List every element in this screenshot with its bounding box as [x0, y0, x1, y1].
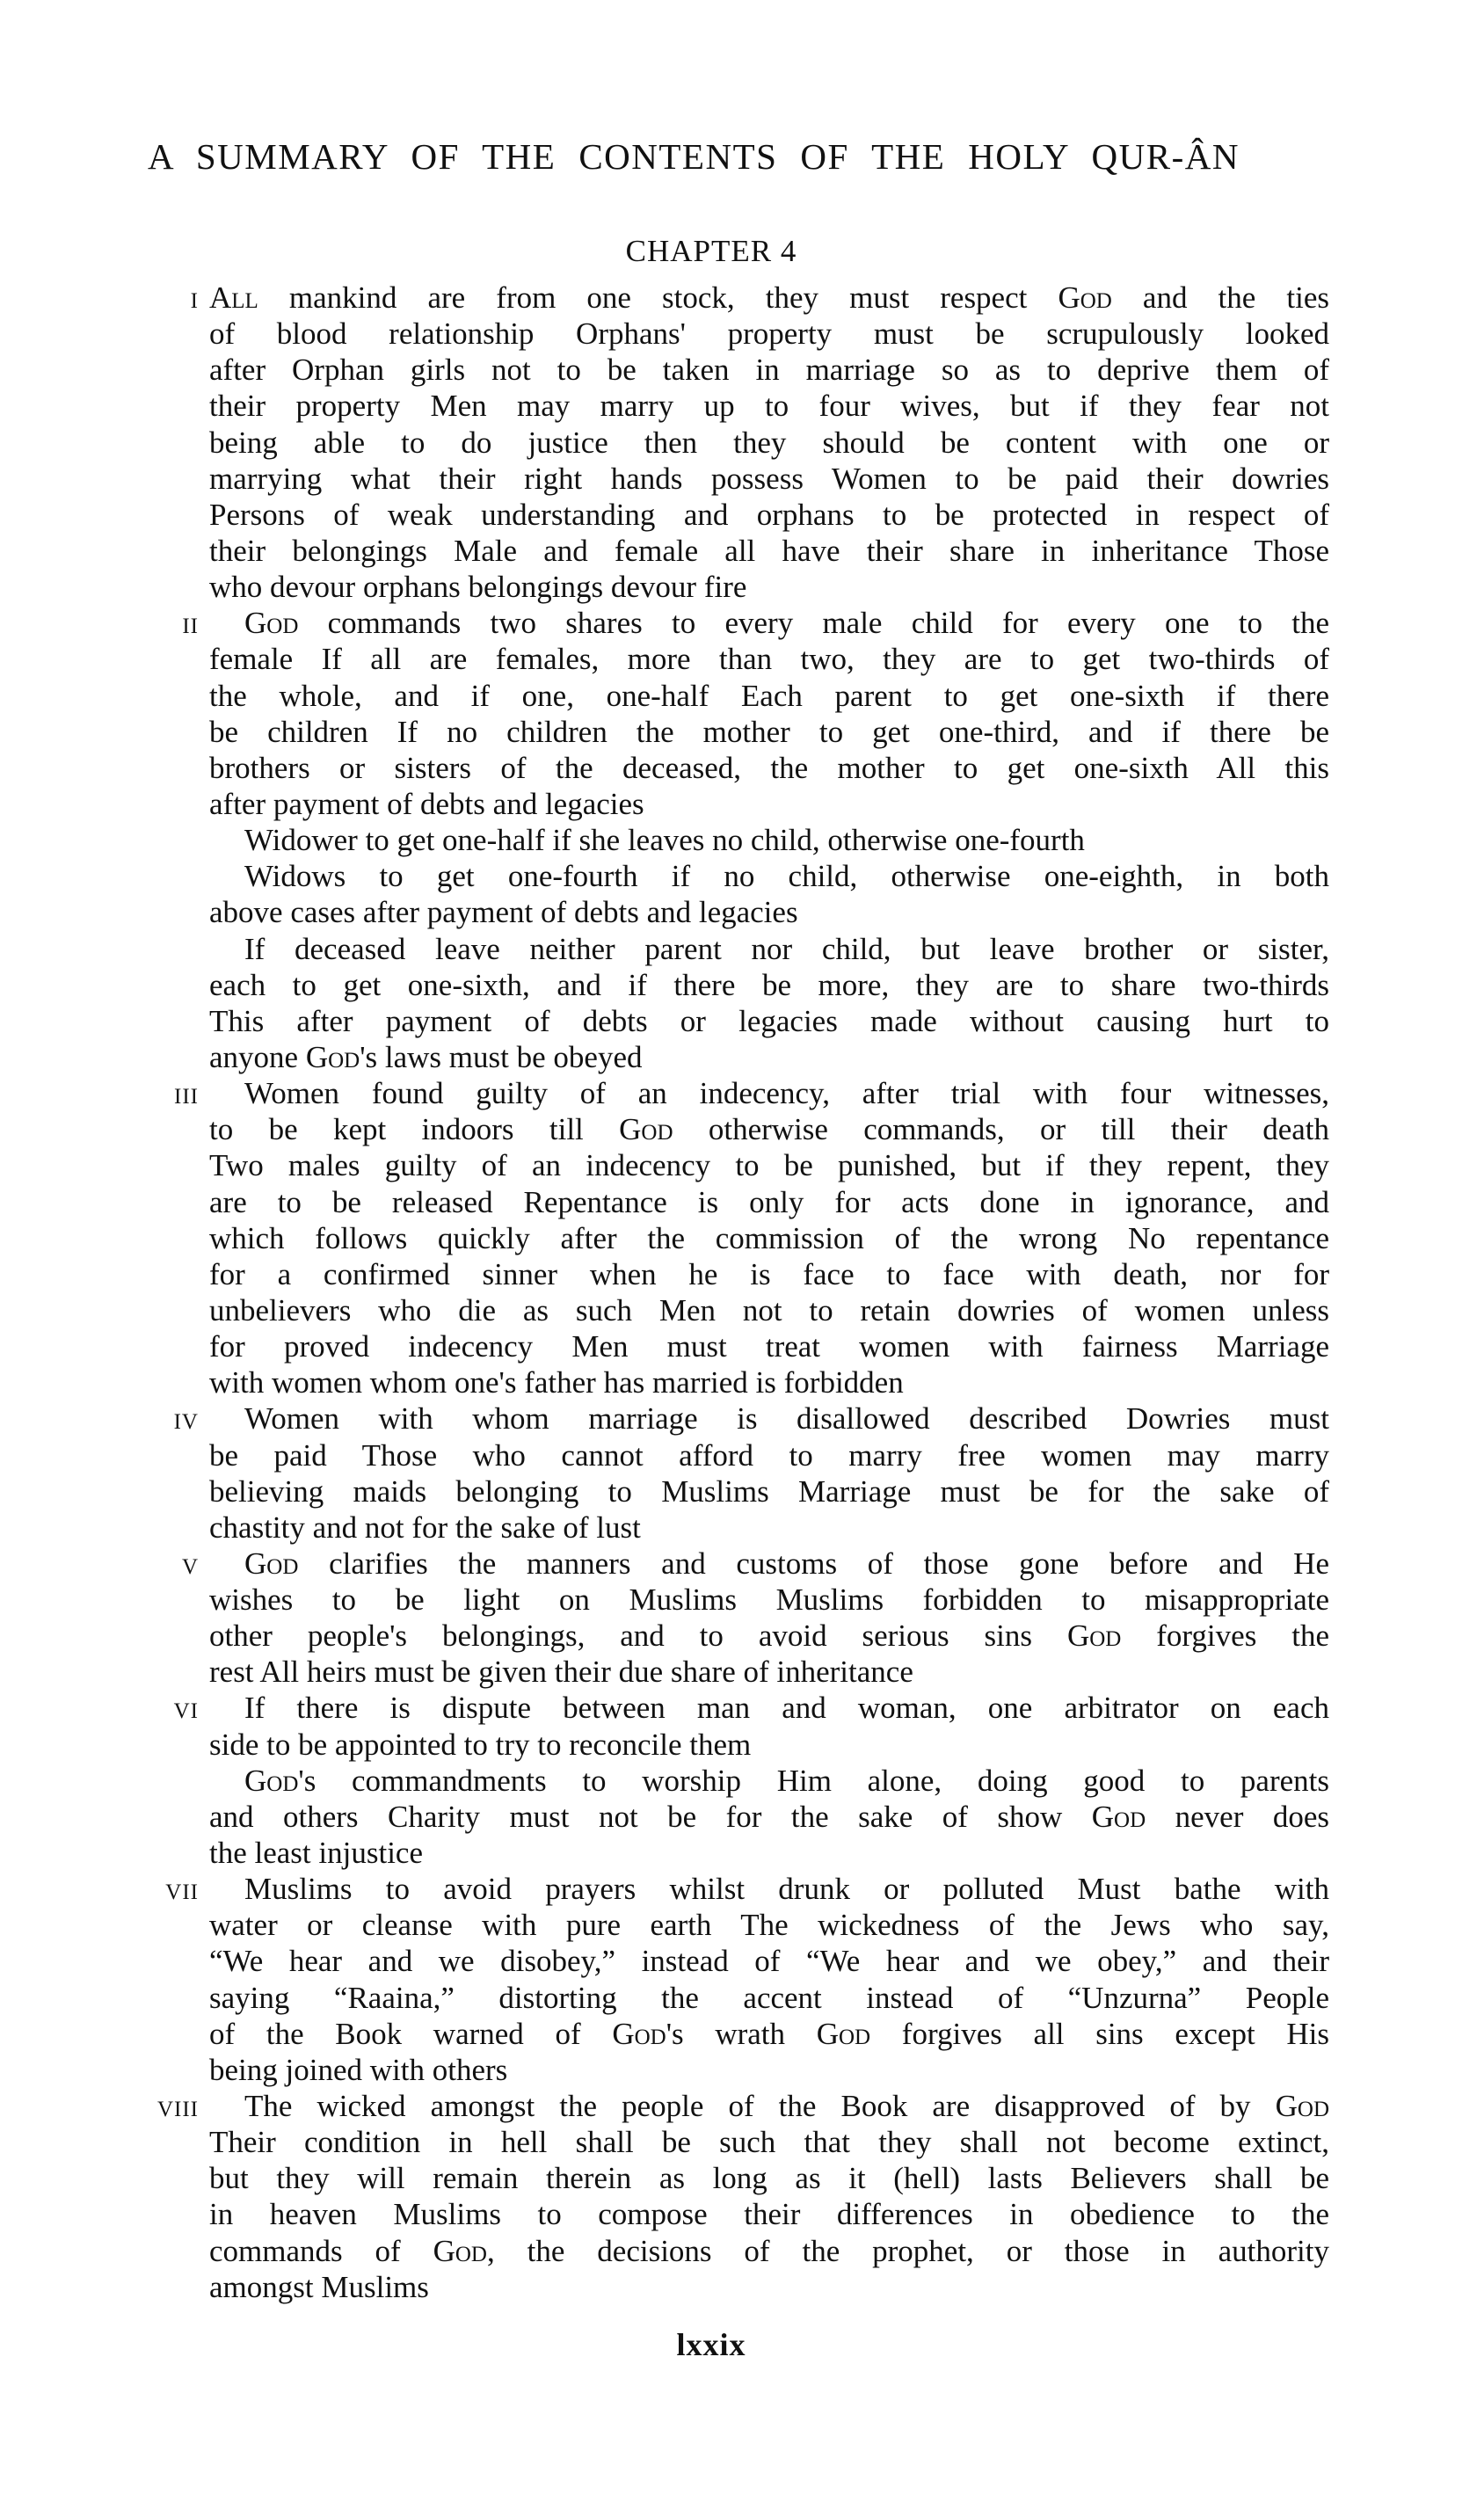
text-line: VGod clarifies the manners and customs o… — [0, 1546, 1484, 1582]
line-text: the least injustice — [209, 1835, 1329, 1871]
text-line: commands of God, the decisions of the pr… — [0, 2233, 1484, 2269]
section-numeral: III — [174, 1075, 199, 1111]
section-numeral: II — [182, 605, 199, 641]
summary-section: IIIWomen found guilty of an indecency, a… — [0, 1075, 1484, 1400]
text-line: This after payment of debts or legacies … — [0, 1003, 1484, 1039]
text-line: brothers or sisters of the deceased, the… — [0, 750, 1484, 786]
text-line: their belongings Male and female all hav… — [0, 533, 1484, 569]
text-line: after payment of debts and legacies — [0, 786, 1484, 822]
line-text: their property Men may marry up to four … — [209, 388, 1329, 424]
summary-paragraph: VIIMuslims to avoid prayers whilst drunk… — [0, 1871, 1484, 2088]
summary-paragraph: IAll mankind are from one stock, they mu… — [0, 280, 1484, 605]
line-text: All mankind are from one stock, they mus… — [209, 280, 1329, 316]
text-line: who devour orphans belongings devour fir… — [0, 569, 1484, 605]
text-line: chastity and not for the sake of lust — [0, 1509, 1484, 1546]
line-text: after Orphan girls not to be taken in ma… — [209, 352, 1329, 388]
line-text: If deceased leave neither parent nor chi… — [244, 931, 1329, 967]
text-line: IIGod commands two shares to every male … — [0, 605, 1484, 641]
line-text: “We hear and we disobey,” instead of “We… — [209, 1943, 1329, 1979]
text-line: for proved indecency Men must treat wome… — [0, 1328, 1484, 1364]
line-text: other people's belongings, and to avoid … — [209, 1618, 1329, 1654]
line-text: unbelievers who die as such Men not to r… — [209, 1292, 1329, 1328]
text-line: being able to do justice then they shoul… — [0, 425, 1484, 461]
text-line: “We hear and we disobey,” instead of “We… — [0, 1943, 1484, 1979]
line-text: their belongings Male and female all hav… — [209, 533, 1329, 569]
summary-paragraph: IIGod commands two shares to every male … — [0, 605, 1484, 822]
text-line: Two males guilty of an indecency to be p… — [0, 1147, 1484, 1183]
line-text: each to get one-sixth, and if there be m… — [209, 967, 1329, 1003]
summary-paragraph: Widower to get one-half if she leaves no… — [0, 822, 1484, 858]
text-line: female If all are females, more than two… — [0, 641, 1484, 677]
summary-section: VIIIThe wicked amongst the people of the… — [0, 2088, 1484, 2305]
text-line: in heaven Muslims to compose their diffe… — [0, 2196, 1484, 2232]
text-line: after Orphan girls not to be taken in ma… — [0, 352, 1484, 388]
text-line: be children If no children the mother to… — [0, 714, 1484, 750]
line-text: commands of God, the decisions of the pr… — [209, 2233, 1329, 2269]
line-text: being joined with others — [209, 2052, 1329, 2088]
line-text: the whole, and if one, one-half Each par… — [209, 678, 1329, 714]
line-text: are to be released Repentance is only fo… — [209, 1184, 1329, 1220]
line-text: and others Charity must not be for the s… — [209, 1799, 1329, 1835]
page-title: A SUMMARY OF THE CONTENTS OF THE HOLY QU… — [148, 132, 1240, 181]
line-text: with women whom one's father has married… — [209, 1364, 1329, 1400]
text-line: which follows quickly after the commissi… — [0, 1220, 1484, 1256]
text-line: side to be appointed to try to reconcile… — [0, 1727, 1484, 1763]
section-numeral: I — [191, 280, 199, 316]
line-text: being able to do justice then they shoul… — [209, 425, 1329, 461]
text-line: for a confirmed sinner when he is face t… — [0, 1256, 1484, 1292]
line-text: rest All heirs must be given their due s… — [209, 1654, 1329, 1690]
line-text: water or cleanse with pure earth The wic… — [209, 1907, 1329, 1943]
text-line: unbelievers who die as such Men not to r… — [0, 1292, 1484, 1328]
summary-paragraph: IIIWomen found guilty of an indecency, a… — [0, 1075, 1484, 1400]
line-text: be children If no children the mother to… — [209, 714, 1329, 750]
text-line: wishes to be light on Muslims Muslims fo… — [0, 1582, 1484, 1618]
line-text: Their condition in hell shall be such th… — [209, 2124, 1329, 2160]
text-line: the least injustice — [0, 1835, 1484, 1871]
line-text: Two males guilty of an indecency to be p… — [209, 1147, 1329, 1183]
line-text: for proved indecency Men must treat wome… — [209, 1328, 1329, 1364]
section-numeral: VII — [165, 1871, 199, 1907]
line-text: Women found guilty of an indecency, afte… — [244, 1075, 1329, 1111]
section-numeral: V — [182, 1546, 199, 1582]
text-line: being joined with others — [0, 2052, 1484, 2088]
line-text: amongst Muslims — [209, 2269, 1329, 2305]
line-text: after payment of debts and legacies — [209, 786, 1329, 822]
text-line: VIIMuslims to avoid prayers whilst drunk… — [0, 1871, 1484, 1907]
text-line: other people's belongings, and to avoid … — [0, 1618, 1484, 1654]
text-line: be paid Those who cannot afford to marry… — [0, 1437, 1484, 1473]
line-text: saying “Raaina,” distorting the accent i… — [209, 1980, 1329, 2016]
line-text: of blood relationship Orphans' property … — [209, 316, 1329, 352]
text-line: If deceased leave neither parent nor chi… — [0, 931, 1484, 967]
line-text: anyone God's laws must be obeyed — [209, 1039, 1329, 1075]
text-line: amongst Muslims — [0, 2269, 1484, 2305]
line-text: brothers or sisters of the deceased, the… — [209, 750, 1329, 786]
text-line: Widows to get one-fourth if no child, ot… — [0, 858, 1484, 894]
line-text: Women with whom marriage is disallowed d… — [244, 1400, 1329, 1437]
text-line: marrying what their right hands possess … — [0, 461, 1484, 497]
text-line: IAll mankind are from one stock, they mu… — [0, 280, 1484, 316]
text-line: anyone God's laws must be obeyed — [0, 1039, 1484, 1075]
line-text: Widows to get one-fourth if no child, ot… — [244, 858, 1329, 894]
chapter-heading: CHAPTER 4 — [0, 230, 1422, 273]
line-text: The wicked amongst the people of the Boo… — [244, 2088, 1329, 2124]
summary-paragraph: VIIIThe wicked amongst the people of the… — [0, 2088, 1484, 2305]
summary-section: VIIf there is dispute between man and wo… — [0, 1690, 1484, 1871]
summary-section: VIIMuslims to avoid prayers whilst drunk… — [0, 1871, 1484, 2088]
summary-paragraph: IVWomen with whom marriage is disallowed… — [0, 1400, 1484, 1546]
text-line: the whole, and if one, one-half Each par… — [0, 678, 1484, 714]
line-text: marrying what their right hands possess … — [209, 461, 1329, 497]
text-line: are to be released Repentance is only fo… — [0, 1184, 1484, 1220]
text-line: their property Men may marry up to four … — [0, 388, 1484, 424]
text-line: God's commandments to worship Him alone,… — [0, 1763, 1484, 1799]
line-text: chastity and not for the sake of lust — [209, 1509, 1329, 1546]
line-text: Widower to get one-half if she leaves no… — [244, 822, 1329, 858]
text-line: each to get one-sixth, and if there be m… — [0, 967, 1484, 1003]
line-text: female If all are females, more than two… — [209, 641, 1329, 677]
line-text: wishes to be light on Muslims Muslims fo… — [209, 1582, 1329, 1618]
text-line: believing maids belonging to Muslims Mar… — [0, 1473, 1484, 1509]
line-text: God clarifies the manners and customs of… — [244, 1546, 1329, 1582]
section-numeral: IV — [174, 1400, 199, 1437]
page-number: lxxix — [0, 2326, 1422, 2363]
line-text: side to be appointed to try to reconcile… — [209, 1727, 1329, 1763]
text-line: but they will remain therein as long as … — [0, 2160, 1484, 2196]
line-text: Muslims to avoid prayers whilst drunk or… — [244, 1871, 1329, 1907]
summary-section: IIGod commands two shares to every male … — [0, 605, 1484, 1075]
line-text: in heaven Muslims to compose their diffe… — [209, 2196, 1329, 2232]
text-line: Persons of weak understanding and orphan… — [0, 497, 1484, 533]
text-line: of blood relationship Orphans' property … — [0, 316, 1484, 352]
line-text: which follows quickly after the commissi… — [209, 1220, 1329, 1256]
text-line: with women whom one's father has married… — [0, 1364, 1484, 1400]
line-text: be paid Those who cannot afford to marry… — [209, 1437, 1329, 1473]
line-text: If there is dispute between man and woma… — [244, 1690, 1329, 1726]
line-text: but they will remain therein as long as … — [209, 2160, 1329, 2196]
text-line: VIIf there is dispute between man and wo… — [0, 1690, 1484, 1726]
text-line: IIIWomen found guilty of an indecency, a… — [0, 1075, 1484, 1111]
text-line: saying “Raaina,” distorting the accent i… — [0, 1980, 1484, 2016]
text-line: above cases after payment of debts and l… — [0, 894, 1484, 930]
line-text: God's commandments to worship Him alone,… — [244, 1763, 1329, 1799]
summary-section: IAll mankind are from one stock, they mu… — [0, 280, 1484, 605]
text-line: and others Charity must not be for the s… — [0, 1799, 1484, 1835]
summary-paragraph: God's commandments to worship Him alone,… — [0, 1763, 1484, 1871]
text-line: of the Book warned of God's wrath God fo… — [0, 2016, 1484, 2052]
text-line: Their condition in hell shall be such th… — [0, 2124, 1484, 2160]
text-line: to be kept indoors till God otherwise co… — [0, 1111, 1484, 1147]
summary-paragraph: VIIf there is dispute between man and wo… — [0, 1690, 1484, 1762]
line-text: Persons of weak understanding and orphan… — [209, 497, 1329, 533]
line-text: for a confirmed sinner when he is face t… — [209, 1256, 1329, 1292]
text-line: VIIIThe wicked amongst the people of the… — [0, 2088, 1484, 2124]
summary-paragraph: VGod clarifies the manners and customs o… — [0, 1546, 1484, 1691]
summary-body: IAll mankind are from one stock, they mu… — [0, 280, 1484, 2305]
line-text: above cases after payment of debts and l… — [209, 894, 1329, 930]
line-text: God commands two shares to every male ch… — [244, 605, 1329, 641]
summary-section: IVWomen with whom marriage is disallowed… — [0, 1400, 1484, 1546]
summary-section: VGod clarifies the manners and customs o… — [0, 1546, 1484, 1691]
text-line: rest All heirs must be given their due s… — [0, 1654, 1484, 1690]
summary-paragraph: If deceased leave neither parent nor chi… — [0, 931, 1484, 1076]
line-text: believing maids belonging to Muslims Mar… — [209, 1473, 1329, 1509]
summary-paragraph: Widows to get one-fourth if no child, ot… — [0, 858, 1484, 930]
section-numeral: VI — [174, 1690, 199, 1726]
line-text: who devour orphans belongings devour fir… — [209, 569, 1329, 605]
line-text: to be kept indoors till God otherwise co… — [209, 1111, 1329, 1147]
text-line: IVWomen with whom marriage is disallowed… — [0, 1400, 1484, 1437]
text-line: Widower to get one-half if she leaves no… — [0, 822, 1484, 858]
text-line: water or cleanse with pure earth The wic… — [0, 1907, 1484, 1943]
line-text: of the Book warned of God's wrath God fo… — [209, 2016, 1329, 2052]
section-numeral: VIII — [157, 2088, 199, 2124]
line-text: This after payment of debts or legacies … — [209, 1003, 1329, 1039]
